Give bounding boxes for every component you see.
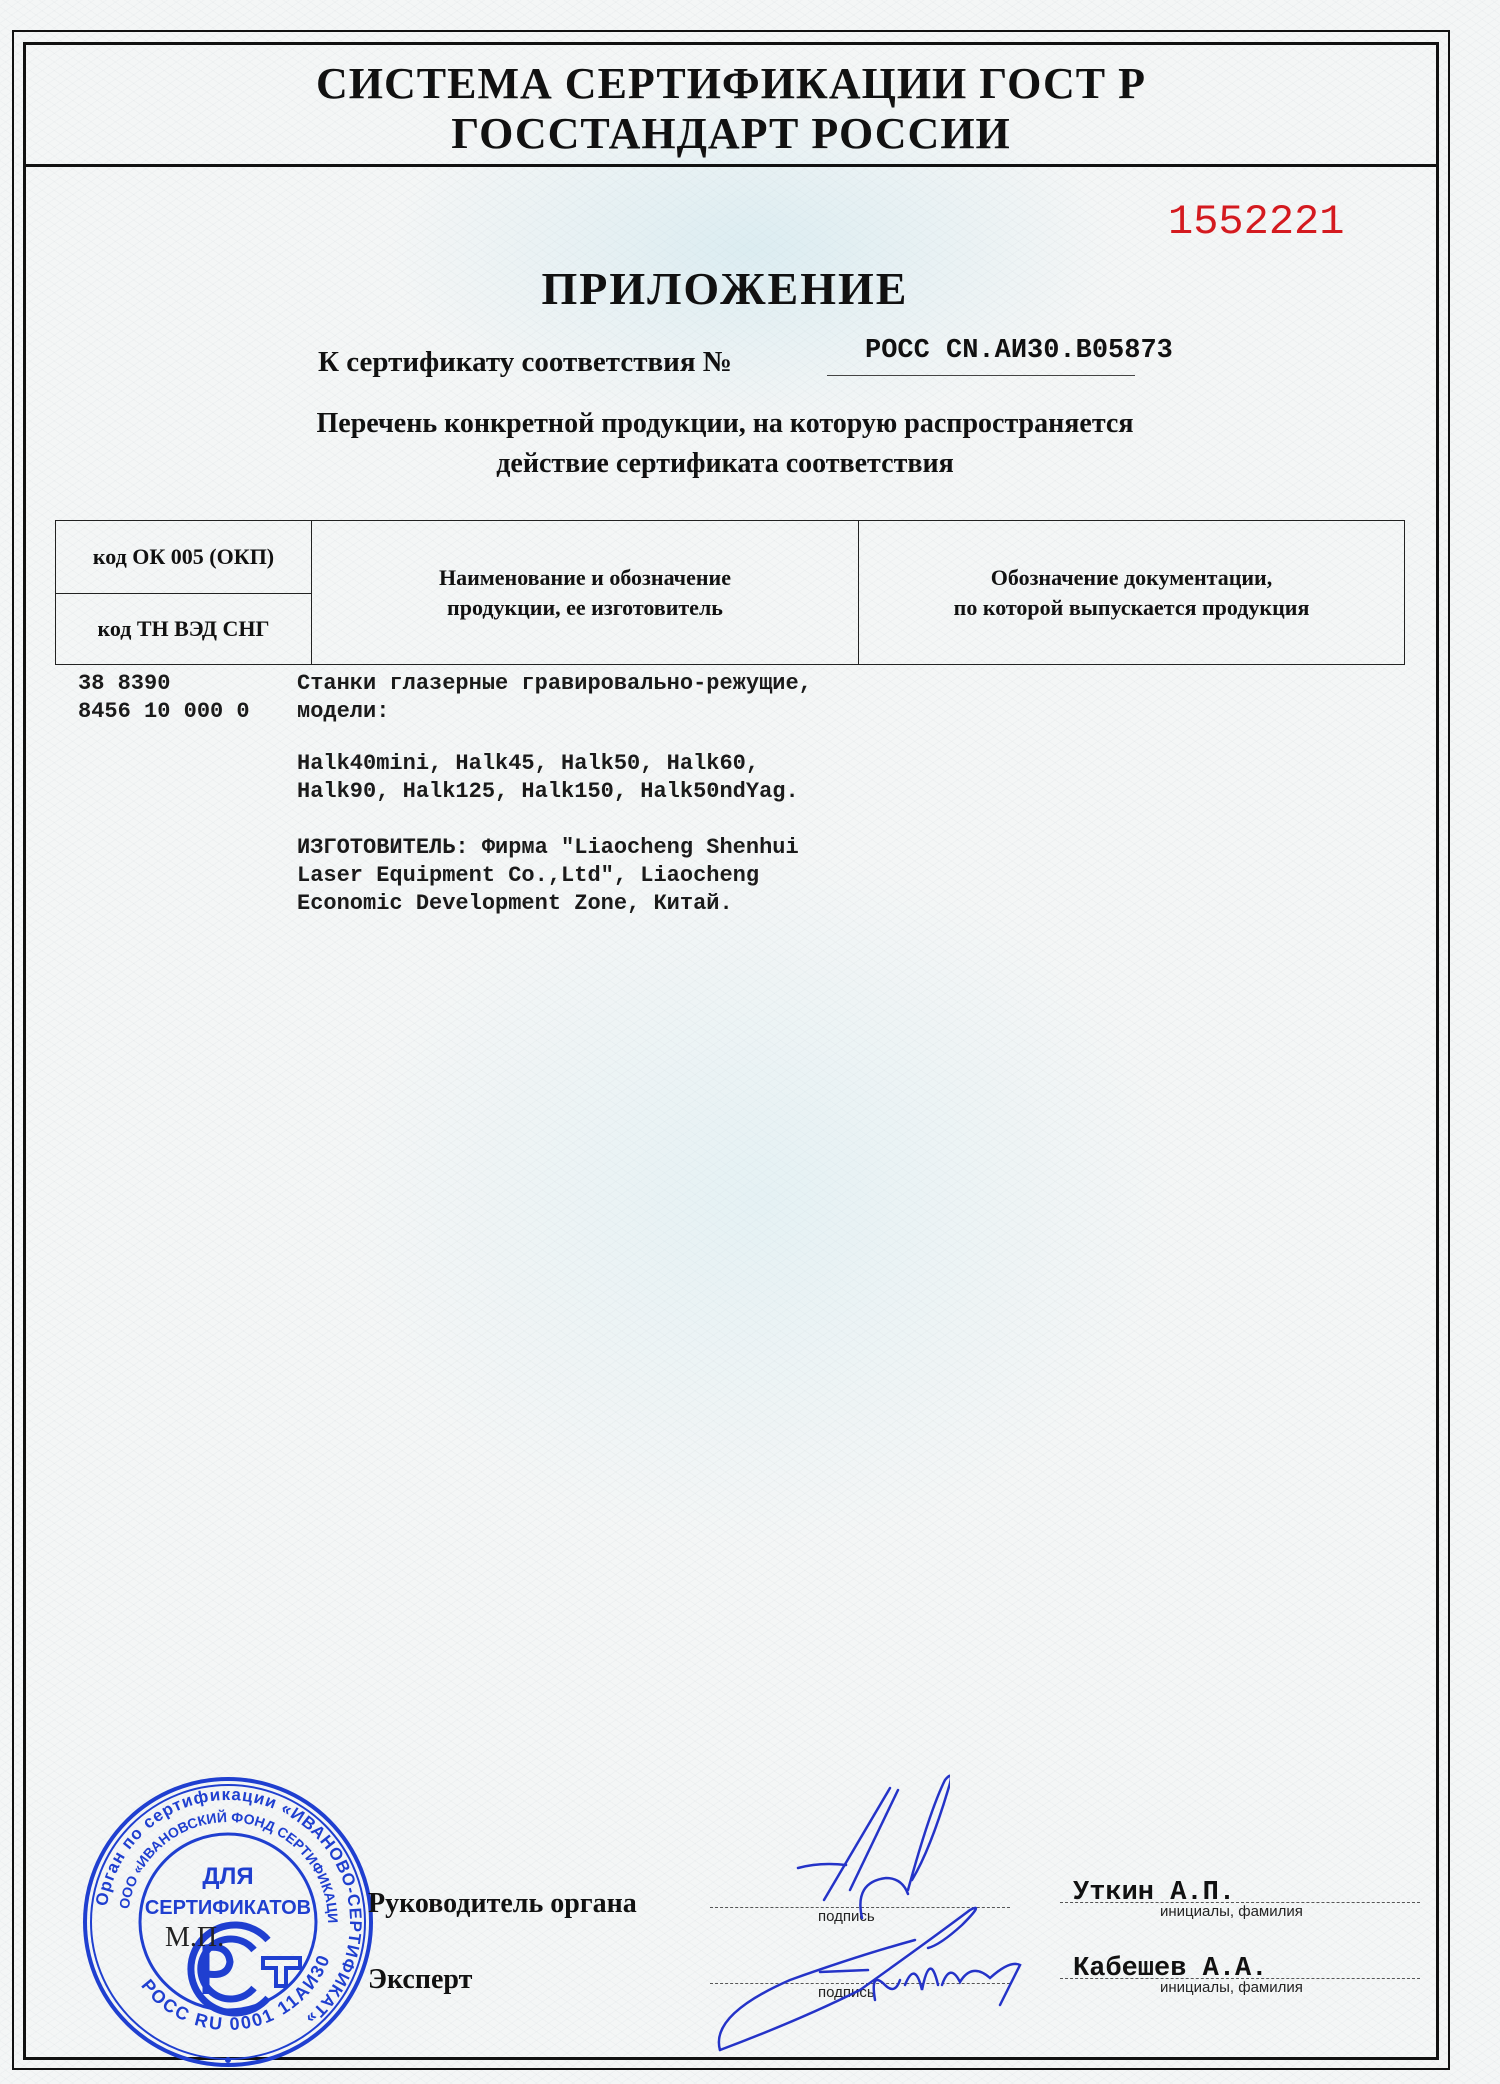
tn-ved-code: 8456 10 000 0 [78,698,250,726]
description-line1: Станки глазерные гравировально-режущие, [297,670,812,698]
head-of-body-label: Руководитель органа [368,1888,637,1920]
scope-heading-line2: действие сертификата соответствия [0,448,1450,480]
documentation-header-line2: по которой выпускается продукция [954,593,1310,623]
cert-number-underline [827,375,1135,376]
documentation-header: Обозначение документации, по которой вып… [859,521,1404,664]
models-line2: Halk90, Halk125, Halk150, Halk50ndYag. [297,778,799,806]
product-name-header-line2: продукции, ее изготовитель [447,593,723,623]
certification-stamp-icon: Орган по сертификации «ИВАНОВО-СЕРТИФИКА… [78,1772,378,2072]
seal-place-mark: М.П. [165,1922,224,1954]
header-divider [23,164,1439,167]
product-models: Halk40mini, Halk45, Halk50, Halk60,Halk9… [297,750,799,806]
certificate-number: РОСС CN.АИ30.В05873 [865,336,1173,366]
expert-label: Эксперт [368,1964,472,1996]
product-table-header: код ОК 005 (ОКП) код ТН ВЭД СНГ Наименов… [55,520,1405,665]
product-description: Станки глазерные гравировально-режущие,м… [297,670,812,726]
models-line1: Halk40mini, Halk45, Halk50, Halk60, [297,750,799,778]
manufacturer-line1: ИЗГОТОВИТЕЛЬ: Фирма "Liaocheng Shenhui [297,834,799,862]
manufacturer-info: ИЗГОТОВИТЕЛЬ: Фирма "Liaocheng ShenhuiLa… [297,834,799,918]
scope-heading-line1: Перечень конкретной продукции, на котору… [0,408,1450,440]
product-name-header-line1: Наименование и обозначение [439,563,731,593]
product-codes: 38 83908456 10 000 0 [78,670,250,726]
expert-name-caption: инициалы, фамилия [1160,1979,1303,1996]
gosstandart-title: ГОССТАНДАРТ РОССИИ [23,108,1439,159]
documentation-header-line1: Обозначение документации, [991,563,1272,593]
stamp-center-line2: СЕРТИФИКАТОВ [145,1897,311,1919]
expert-signature-icon [700,1890,1060,2060]
serial-number: 1552221 [1168,198,1344,246]
head-name-caption: инициалы, фамилия [1160,1903,1303,1920]
product-name-header: Наименование и обозначение продукции, ее… [312,521,858,664]
cert-ref-label: К сертификату соответствия № [318,346,732,379]
document-frame-inner [23,42,1439,2060]
appendix-title: ПРИЛОЖЕНИЕ [0,262,1450,315]
manufacturer-line3: Economic Development Zone, Китай. [297,890,799,918]
okp-code: 38 8390 [78,670,250,698]
manufacturer-line2: Laser Equipment Co.,Ltd", Liaocheng [297,862,799,890]
stamp-center-line1: ДЛЯ [202,1863,253,1890]
tn-ved-code-header: код ТН ВЭД СНГ [56,593,311,665]
certification-system-title: СИСТЕМА СЕРТИФИКАЦИИ ГОСТ Р [23,58,1439,109]
okp-code-header: код ОК 005 (ОКП) [56,521,311,594]
description-line2: модели: [297,698,812,726]
